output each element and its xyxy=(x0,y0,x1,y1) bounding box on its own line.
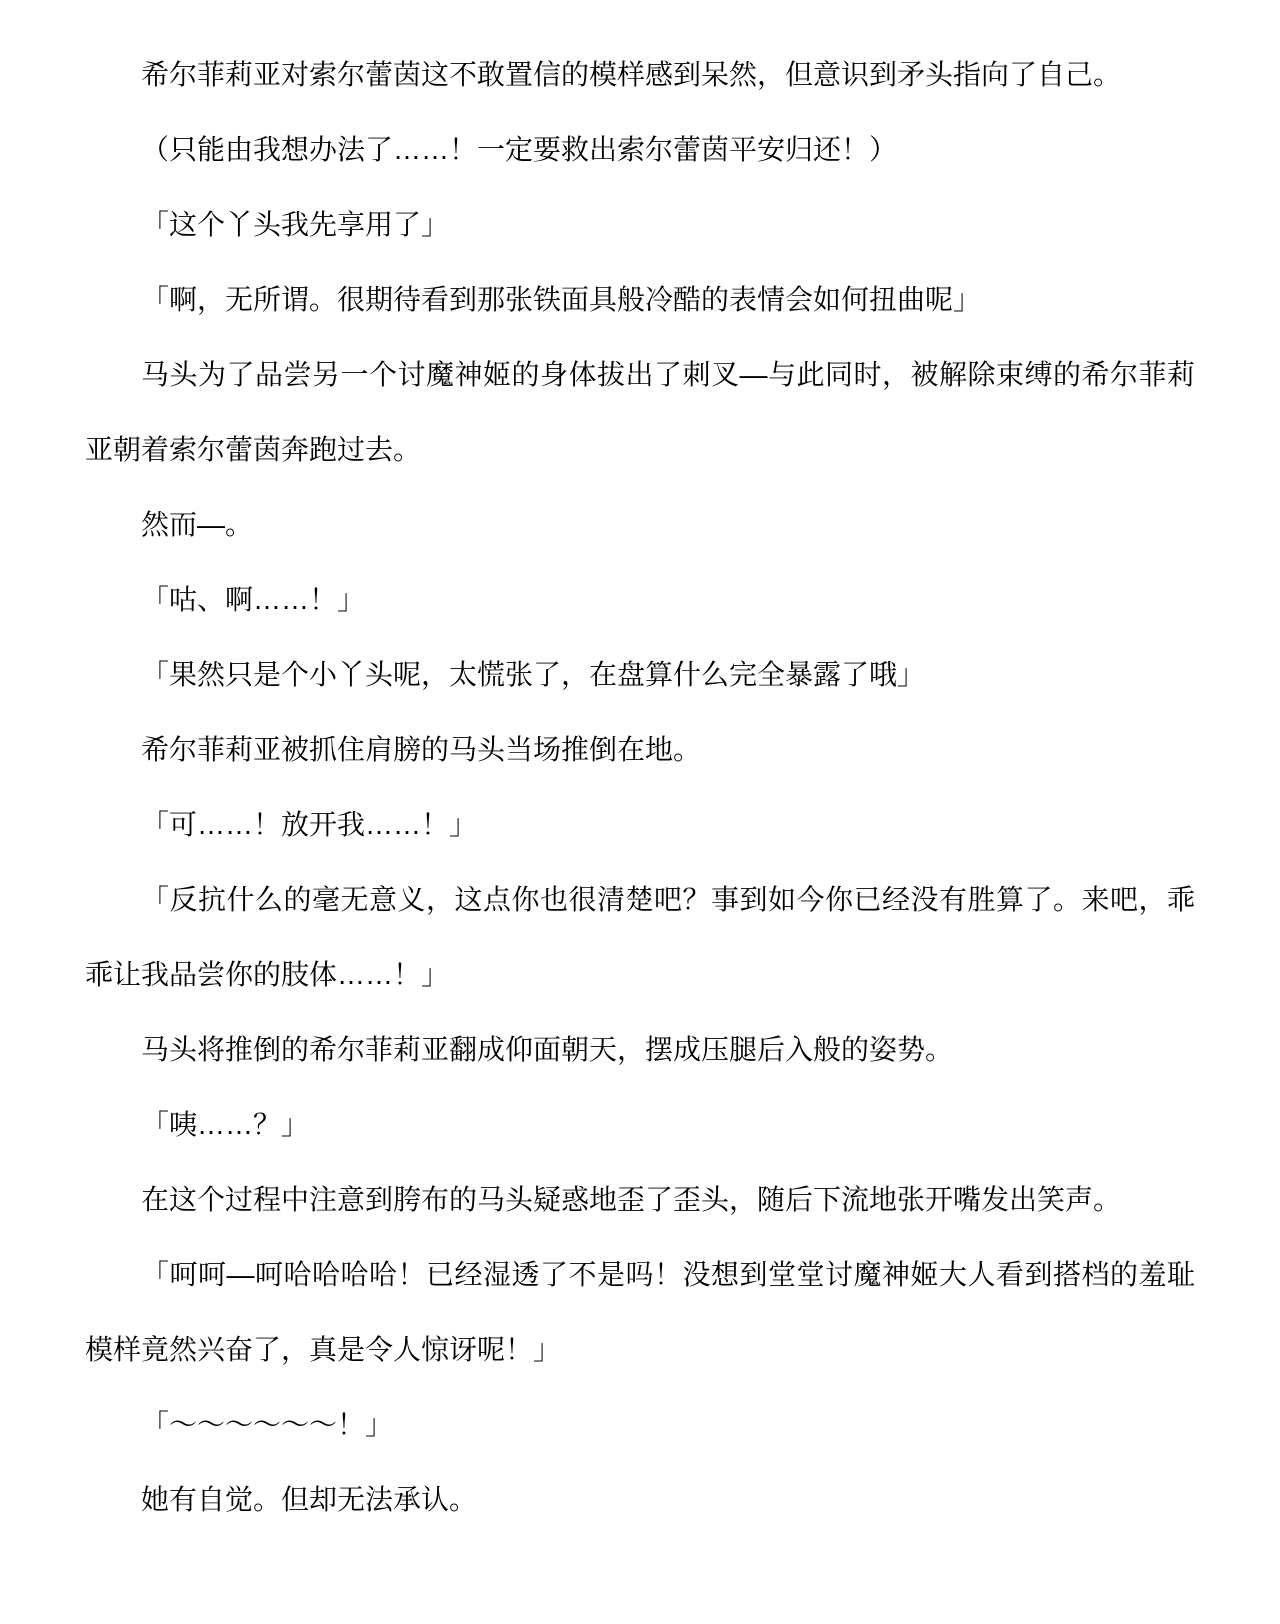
paragraph: 她有自觉。但却无法承认。 xyxy=(85,1462,1195,1537)
paragraph: 希尔菲莉亚被抓住肩膀的马头当场推倒在地。 xyxy=(85,712,1195,787)
paragraph: （只能由我想办法了……！一定要救出索尔蕾茵平安归还！） xyxy=(85,112,1195,187)
paragraph-dialogue: 「啊，无所谓。很期待看到那张铁面具般冷酷的表情会如何扭曲呢」 xyxy=(85,262,1195,337)
paragraph-dialogue: 「咦……？」 xyxy=(85,1087,1195,1162)
paragraph: 马头为了品尝另一个讨魔神姬的身体拔出了刺叉—与此同时，被解除束缚的希尔菲莉亚朝着… xyxy=(85,337,1195,487)
paragraph: 在这个过程中注意到胯布的马头疑惑地歪了歪头，随后下流地张开嘴发出笑声。 xyxy=(85,1162,1195,1237)
paragraph-dialogue: 「果然只是个小丫头呢，太慌张了，在盘算什么完全暴露了哦」 xyxy=(85,637,1195,712)
paragraph-dialogue: 「～～～～～～！」 xyxy=(85,1387,1195,1462)
paragraph-dialogue: 「这个丫头我先享用了」 xyxy=(85,187,1195,262)
paragraph-dialogue: 「呵呵—呵哈哈哈哈！已经湿透了不是吗！没想到堂堂讨魔神姬大人看到搭档的羞耻模样竟… xyxy=(85,1237,1195,1387)
paragraph: 马头将推倒的希尔菲莉亚翻成仰面朝天，摆成压腿后入般的姿势。 xyxy=(85,1012,1195,1087)
novel-page: 希尔菲莉亚对索尔蕾茵这不敢置信的模样感到呆然，但意识到矛头指向了自己。 （只能由… xyxy=(0,0,1280,1624)
paragraph: 希尔菲莉亚对索尔蕾茵这不敢置信的模样感到呆然，但意识到矛头指向了自己。 xyxy=(85,37,1195,112)
paragraph: 然而—。 xyxy=(85,487,1195,562)
paragraph-dialogue: 「可……！放开我……！」 xyxy=(85,787,1195,862)
paragraph-dialogue: 「反抗什么的毫无意义，这点你也很清楚吧？事到如今你已经没有胜算了。来吧，乖乖让我… xyxy=(85,862,1195,1012)
paragraph-dialogue: 「咕、啊……！」 xyxy=(85,562,1195,637)
